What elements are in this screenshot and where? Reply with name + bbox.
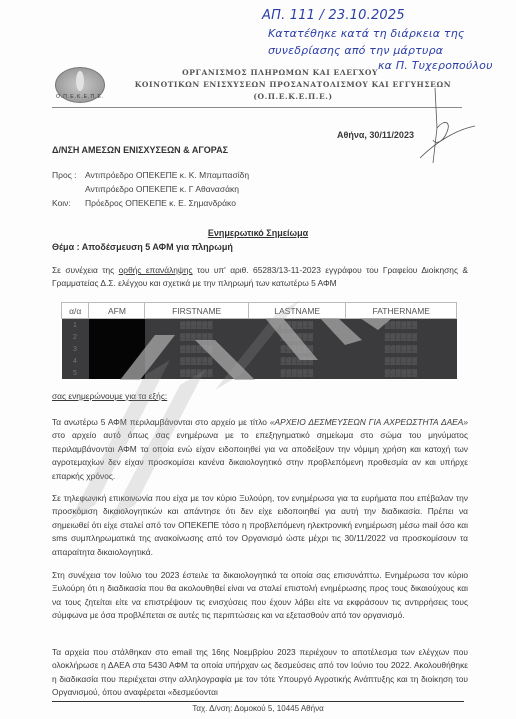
- wheat-icon: [76, 71, 84, 91]
- handwritten-note-line: συνεδρίασης από την μάρτυρα: [268, 44, 443, 57]
- recipient-row: Αντιπρόεδρο ΟΠΕΚΕΠΕ κ. Γ Αθανασάκη: [52, 184, 239, 194]
- footer-address: Ταχ. Δ/νση: Δομοκού 5, 10445 Αθήνα: [0, 704, 516, 713]
- table-row: 4▒▒▒▒▒▒▒▒▒▒▒▒▒▒▒▒▒▒: [62, 355, 457, 367]
- lastname-cell: ▒▒▒▒▒▒: [248, 319, 346, 332]
- footer-divider: [52, 701, 464, 702]
- fathername-cell: ▒▒▒▒▒▒: [346, 319, 457, 332]
- fathername-cell: ▒▒▒▒▒▒: [346, 331, 457, 343]
- table-row: 3▒▒▒▒▒▒▒▒▒▒▒▒▒▒▒▒▒▒: [62, 343, 457, 355]
- afm-cell-redacted: [89, 331, 145, 343]
- table-row: 2▒▒▒▒▒▒▒▒▒▒▒▒▒▒▒▒▒▒: [62, 331, 457, 343]
- handwritten-protocol-number: ΑΠ. 111 / 23.10.2025: [262, 8, 405, 23]
- firstname-cell: ▒▒▒▒▒▒: [145, 319, 248, 332]
- fathername-cell: ▒▒▒▒▒▒: [346, 355, 457, 367]
- body-paragraph: Σε τηλεφωνική επικοινωνία που είχα με το…: [52, 492, 468, 559]
- afm-cell-redacted: [89, 367, 145, 379]
- department-name: Δ/ΝΣΗ ΑΜΕΣΩΝ ΕΝΙΣΧΥΣΕΩΝ & ΑΓΟΡΑΣ: [52, 145, 228, 155]
- lastname-cell: ▒▒▒▒▒▒: [248, 355, 346, 367]
- afm-cell-redacted: [89, 343, 145, 355]
- table-row: 1▒▒▒▒▒▒▒▒▒▒▒▒▒▒▒▒▒▒: [62, 319, 457, 332]
- body-paragraph: Τα αρχεία που στάλθηκαν στο email της 16…: [52, 646, 468, 700]
- afm-table: α/α AFM FIRSTNAME LASTNAME FATHERNAME 1▒…: [61, 302, 457, 379]
- column-header: α/α: [62, 303, 89, 319]
- lastname-cell: ▒▒▒▒▒▒: [248, 367, 346, 379]
- signature: [415, 88, 475, 168]
- afm-cell-redacted: [89, 355, 145, 367]
- inform-line: σας ενημερώνουμε για τα εξής:: [52, 390, 468, 403]
- column-header: LASTNAME: [248, 303, 346, 319]
- table-row: 5▒▒▒▒▒▒▒▒▒▒▒▒▒▒▒▒▒▒: [62, 367, 457, 379]
- row-index: 1: [62, 319, 89, 332]
- row-index: 3: [62, 343, 89, 355]
- fathername-cell: ▒▒▒▒▒▒: [346, 343, 457, 355]
- lastname-cell: ▒▒▒▒▒▒: [248, 343, 346, 355]
- firstname-cell: ▒▒▒▒▒▒: [145, 343, 248, 355]
- column-header: AFM: [89, 303, 145, 319]
- cc-row: Κοιν:Πρόεδρος ΟΠΕΚΕΠΕ κ. Ε. Σημανδράκο: [52, 198, 236, 208]
- memo-title: Ενημερωτικό Σημείωμα: [0, 223, 516, 241]
- firstname-cell: ▒▒▒▒▒▒: [145, 331, 248, 343]
- body-paragraph: Τα ανωτέρω 5 ΑΦΜ περιλαμβάνονται στο αρχ…: [52, 416, 468, 483]
- row-index: 5: [62, 367, 89, 379]
- subject-line: Θέμα : Αποδέσμευση 5 ΑΦΜ για πληρωμή: [52, 242, 233, 252]
- table-header-row: α/α AFM FIRSTNAME LASTNAME FATHERNAME: [62, 303, 457, 319]
- opekepe-logo: Ο.Π.Ε.Κ.Ε.Π.Ε.: [55, 67, 105, 103]
- row-index: 2: [62, 331, 89, 343]
- column-header: FATHERNAME: [346, 303, 457, 319]
- intro-paragraph: Σε συνέχεια της ορθής επανάληψης του υπ'…: [52, 264, 468, 291]
- body-paragraph: Στη συνέχεια τον Ιούλιο του 2023 έστειλε…: [52, 569, 468, 623]
- recipient-row: Προς :Αντιπρόεδρο ΟΠΕΚΕΠΕ κ. Κ. Μπαμπασί…: [52, 170, 249, 180]
- letterhead-line: ΟΡΓΑΝΙΣΜΟΣ ΠΛΗΡΩΜΩΝ ΚΑΙ ΕΛΕΓΧΟΥ: [148, 68, 378, 77]
- firstname-cell: ▒▒▒▒▒▒: [145, 367, 248, 379]
- afm-cell-redacted: [89, 319, 145, 332]
- firstname-cell: ▒▒▒▒▒▒: [145, 355, 248, 367]
- column-header: FIRSTNAME: [145, 303, 248, 319]
- document-page: ΑΠ. 111 / 23.10.2025 Κατατέθηκε κατά τη …: [0, 0, 516, 719]
- fathername-cell: ▒▒▒▒▒▒: [346, 367, 457, 379]
- lastname-cell: ▒▒▒▒▒▒: [248, 331, 346, 343]
- document-date: Αθήνα, 30/11/2023: [337, 130, 414, 140]
- handwritten-note-line: κα Π. Τυχεροπούλου: [378, 59, 493, 72]
- row-index: 4: [62, 355, 89, 367]
- letterhead-divider: [52, 107, 462, 108]
- handwritten-note-line: Κατατέθηκε κατά τη διάρκεια της: [268, 27, 465, 40]
